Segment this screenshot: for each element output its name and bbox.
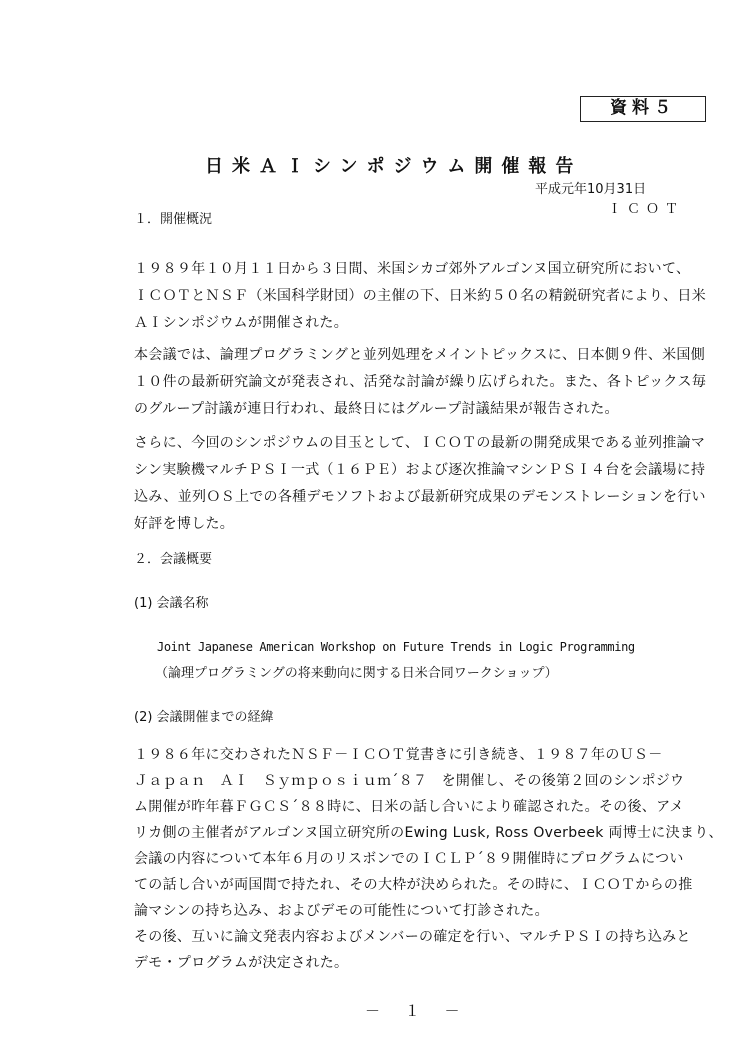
section-2-heading: ２．会議概要 xyxy=(134,548,212,567)
text-line: デモ・プログラムが決定された。 xyxy=(134,950,723,976)
subsection-1-heading: (1) 会議名称 xyxy=(134,592,209,611)
section-1-paragraph-3: さらに、今回のシンポジウムの目玉として、ＩＣＯＴの最新の開発成果である並列推論マ… xyxy=(134,430,706,538)
text-line: １０件の最新研究論文が発表され、活発な討論が繰り広げられた。また、各トピックス毎 xyxy=(134,369,706,396)
section-1-paragraph-2: 本会議では、論理プログラミングと並列処理をメイントピックスに、日本側９件、米国側… xyxy=(134,342,706,423)
text-line: その後、互いに論文発表内容およびメンバーの確定を行い、マルチＰＳＩの持ち込みと xyxy=(134,924,723,950)
document-organization: ＩＣＯＴ xyxy=(608,198,684,217)
text-line: 本会議では、論理プログラミングと並列処理をメイントピックスに、日本側９件、米国側 xyxy=(134,342,706,369)
page-number: － １ － xyxy=(365,1000,470,1021)
text-line: 論マシンの持ち込み、およびデモの可能性について打診された。 xyxy=(134,898,723,924)
section-1-paragraph-1: １９８９年１０月１１日から３日間、米国シカゴ郊外アルゴンヌ国立研究所において、 … xyxy=(134,256,706,337)
text-line: リカ側の主催者がアルゴンヌ国立研究所のEwing Lusk, Ross Over… xyxy=(134,820,723,846)
text-line: シン実験機マルチＰＳＩ一式（１６ＰＥ）および逐次推論マシンＰＳＩ４台を会議場に持 xyxy=(134,457,706,484)
text-line: ＡＩシンポジウムが開催された。 xyxy=(134,310,706,337)
text-line: １９８６年に交わされたＮＳＦ－ＩＣＯＴ覚書きに引き続き、１９８７年のＵＳ－ xyxy=(134,742,723,768)
text-line: 込み、並列ＯＳ上での各種デモソフトおよび最新研究成果のデモンストレーションを行い xyxy=(134,484,706,511)
text-line: ての話し合いが両国間で持たれ、その大枠が決められた。その時に、ＩＣＯＴからの推 xyxy=(134,872,723,898)
text-line: １９８９年１０月１１日から３日間、米国シカゴ郊外アルゴンヌ国立研究所において、 xyxy=(134,256,706,283)
document-stamp: 資料５ xyxy=(580,96,706,122)
text-line: ム開催が昨年暮ＦＧＣＳ´８８時に、日米の話し合いにより確認された。その後、アメ xyxy=(134,794,723,820)
text-line: 好評を博した。 xyxy=(134,511,706,538)
text-line: さらに、今回のシンポジウムの目玉として、ＩＣＯＴの最新の開発成果である並列推論マ xyxy=(134,430,706,457)
subsection-2-body: １９８６年に交わされたＮＳＦ－ＩＣＯＴ覚書きに引き続き、１９８７年のＵＳ－ Ｊａ… xyxy=(134,742,723,976)
section-1-heading: １．開催概況 xyxy=(134,208,212,227)
subsection-2-heading: (2) 会議開催までの経緯 xyxy=(134,706,274,725)
document-title: 日米ＡＩシンポジウム開催報告 xyxy=(205,152,582,178)
text-line: のグループ討議が連日行われ、最終日にはグループ討議結果が報告された。 xyxy=(134,396,706,423)
text-line: 会議の内容について本年６月のリスボンでのＩＣＬＰ´８９開催時にプログラムについ xyxy=(134,846,723,872)
conference-name-japanese: （論理プログラミングの将来動向に関する日米合同ワークショップ） xyxy=(155,662,558,681)
document-date: 平成元年10月31日 xyxy=(535,178,646,197)
text-line: ＩＣＯＴとＮＳＦ（米国科学財団）の主催の下、日米約５０名の精鋭研究者により、日米 xyxy=(134,283,706,310)
text-line: Ｊａｐａｎ ＡＩ Ｓｙｍｐｏｓｉｕｍ´８７ を開催し、その後第２回のシンポジウ xyxy=(134,768,723,794)
conference-name-english: Joint Japanese American Workshop on Futu… xyxy=(157,640,635,654)
